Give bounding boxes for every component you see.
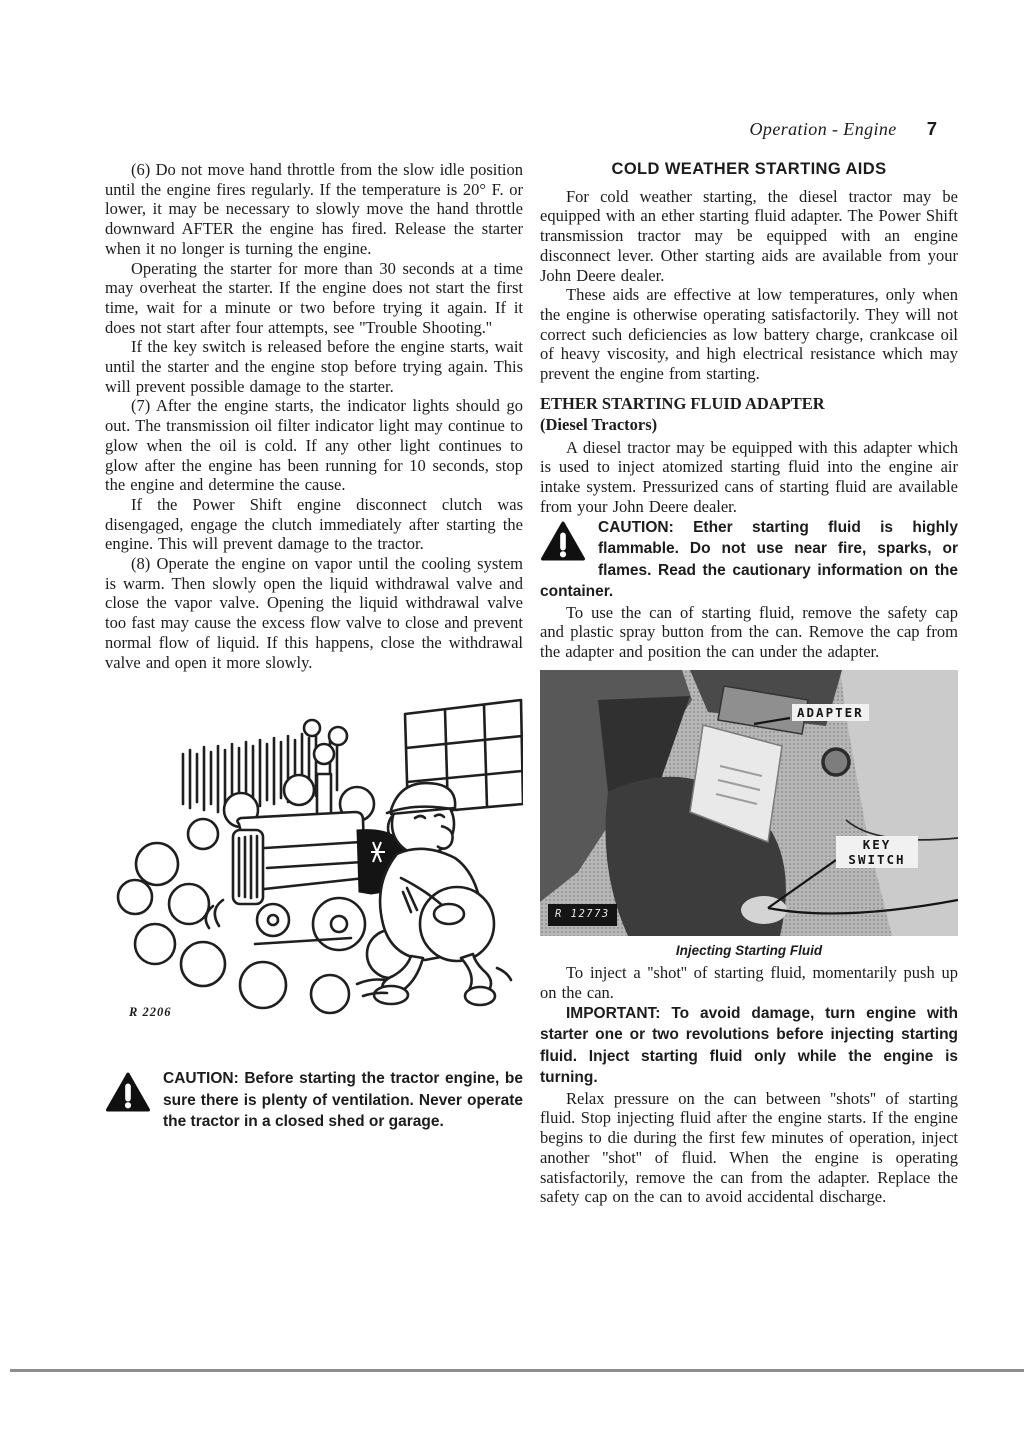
paragraph-starter-30-seconds: Operating the starter for more than 30 s… (105, 259, 523, 338)
heading-cold-weather-starting-aids: COLD WEATHER STARTING AIDS (540, 160, 958, 180)
photo-caption: Injecting Starting Fluid (540, 941, 958, 961)
paragraph-inject-shot: To inject a ''shot'' of starting fluid, … (540, 963, 958, 1002)
page-header: Operation - Engine 7 (0, 118, 937, 140)
paragraph-cold-weather-2: These aids are effective at low temperat… (540, 285, 958, 384)
warning-triangle-icon (540, 521, 586, 562)
caution-ether-text: CAUTION: Ether starting fluid is highly … (540, 519, 958, 601)
paragraph-cold-weather-1: For cold weather starting, the diesel tr… (540, 187, 958, 286)
paragraph-step-7: (7) After the engine starts, the indicat… (105, 396, 523, 495)
paragraph-use-can: To use the can of starting fluid, remove… (540, 603, 958, 662)
heading-ether-starting-fluid-adapter: ETHER STARTING FLUID ADAPTER (540, 393, 958, 414)
caution-ventilation-block: CAUTION: Before starting the tractor eng… (105, 1068, 523, 1133)
paragraph-power-shift-clutch: If the Power Shift engine disconnect clu… (105, 495, 523, 554)
caution-ether-block: CAUTION: Ether starting fluid is highly … (540, 517, 958, 603)
manual-page: Operation - Engine 7 (6) Do not move han… (0, 0, 1024, 1449)
paragraph-step-8: (8) Operate the engine on vapor until th… (105, 554, 523, 672)
cartoon-figure-id: R 2206 (129, 1003, 171, 1023)
warning-triangle-icon (105, 1072, 151, 1113)
paragraph-relax-pressure: Relax pressure on the can between ''shot… (540, 1089, 958, 1207)
tractor-drawing (206, 720, 407, 950)
photo-label-key-switch: KEY SWITCH (836, 836, 918, 868)
paragraph-step-6: (6) Do not move hand throttle from the s… (105, 160, 523, 259)
tractor-smoke-cartoon-art (105, 692, 523, 1024)
page-bottom-divider (10, 1369, 1024, 1372)
heading-diesel-tractors: (Diesel Tractors) (540, 414, 958, 435)
photo-figure-id: R 12773 (548, 904, 617, 926)
ventilation-cartoon-illustration: R 2206 (105, 692, 523, 1024)
hatching-strokes (183, 734, 337, 812)
injecting-starting-fluid-photo: ADAPTER KEY SWITCH R 12773 (540, 670, 958, 936)
photo-art (540, 670, 958, 936)
right-column: COLD WEATHER STARTING AIDS For cold weat… (540, 160, 958, 1207)
caution-ventilation-text: CAUTION: Before starting the tractor eng… (163, 1070, 523, 1130)
left-column: (6) Do not move hand throttle from the s… (105, 160, 523, 1133)
paragraph-important: IMPORTANT: To avoid damage, turn engine … (540, 1003, 958, 1089)
photo-label-adapter: ADAPTER (792, 704, 869, 721)
bolt-knob (823, 749, 849, 775)
running-title: Operation - Engine (750, 119, 897, 139)
paragraph-key-switch: If the key switch is released before the… (105, 337, 523, 396)
page-number: 7 (927, 118, 937, 140)
paragraph-ether-adapter: A diesel tractor may be equipped with th… (540, 438, 958, 517)
